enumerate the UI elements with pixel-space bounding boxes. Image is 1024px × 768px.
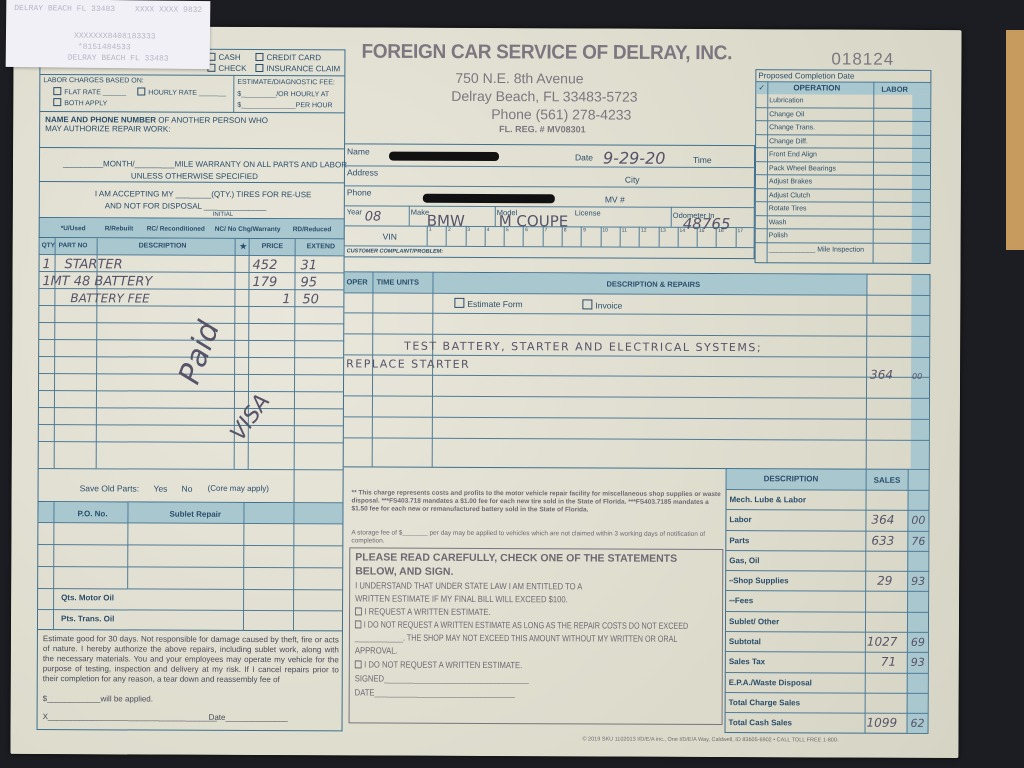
totals-label: Shop Supplies	[733, 576, 789, 585]
vin-cell[interactable]: 9	[581, 226, 600, 246]
operation-item[interactable]: Rotate Tires	[755, 202, 931, 216]
vin-cell[interactable]: 16	[716, 227, 735, 247]
operation-label: Adjust Brakes	[769, 178, 812, 185]
totals-row: Total Charge Sales	[725, 692, 929, 713]
company-reg: FL. REG. # MV08301	[499, 124, 586, 134]
labor-basis-title: LABOR CHARGES BASED ON:	[43, 77, 143, 84]
motor-oil-label: Qts. Motor Oil	[61, 593, 114, 602]
operation-item[interactable]: Change Diff.	[755, 135, 931, 149]
terms-text: Estimate good for 30 days. Not responsib…	[43, 634, 339, 685]
vin-cell[interactable]: 13	[658, 227, 677, 247]
envelope-edge	[1006, 30, 1024, 250]
date-label: Date	[575, 152, 593, 162]
company-phone: Phone (561) 278-4233	[491, 106, 631, 123]
consent-date-label: DATE	[355, 687, 375, 697]
license-label: License	[575, 208, 601, 217]
time-units-header: TIME UNITS	[376, 278, 419, 287]
repair-amount-dollars: 364	[870, 368, 893, 382]
repair-order-form: CASH CHECK CREDIT CARD INSURANCE CLAIM L…	[10, 26, 961, 758]
price-cents: 95	[300, 275, 317, 290]
description-value: MT 48 BATTERY	[50, 274, 152, 289]
checkbox-invoice[interactable]	[582, 299, 592, 309]
completion-date-label: Proposed Completion Date	[758, 71, 854, 80]
operation-label: Polish	[769, 232, 788, 239]
operations-list: Lubrication Change Oil Change Trans. Cha…	[755, 94, 932, 257]
totals-description-header: DESCRIPTION	[764, 474, 819, 483]
operation-label: Lubrication	[769, 97, 803, 104]
tires-text-b: (QTY.) TIRES FOR RE-USE	[211, 190, 311, 199]
label-check: CHECK	[218, 64, 246, 73]
slip-line: DELRAY BEACH FL 33483	[14, 52, 202, 65]
terms-date-label: Date	[209, 713, 226, 722]
core-note: (Core may apply)	[208, 484, 269, 493]
warranty-mile: MILE WARRANTY ON ALL PARTS AND LABOR	[175, 160, 347, 170]
totals-label: E.P.A./Waste Disposal	[729, 678, 812, 687]
totals-cents: 93	[911, 656, 925, 669]
initial-label: INITIAL	[213, 212, 233, 218]
date-value: 9-29-20	[603, 149, 666, 168]
description-value: BATTERY FEE	[70, 291, 149, 305]
description-repairs-header: DESCRIPTION & REPAIRS	[606, 280, 700, 289]
address-label: Address	[347, 167, 378, 177]
vin-cell[interactable]: 12	[639, 227, 658, 247]
legend-reduced: RD/Reduced	[293, 226, 332, 233]
operation-label: Change Trans.	[769, 124, 815, 131]
totals-row: Gas, Oil	[725, 550, 929, 571]
company-name: FOREIGN CAR SERVICE OF DELRAY, INC.	[361, 41, 732, 66]
complaint-label: CUSTOMER COMPLAINT/PROBLEM:	[347, 248, 443, 254]
city-label: City	[625, 175, 640, 185]
price-cents: 31	[301, 258, 318, 273]
checkbox-both-apply[interactable]	[53, 98, 61, 106]
vin-grid[interactable]: 1 2 3 4 5 6 7 8 9 10 11 12 13 14 15 16 1…	[427, 226, 755, 247]
totals-row: **Shop Supplies2993	[725, 570, 929, 591]
totals-label: Labor	[729, 515, 751, 524]
operation-item[interactable]: Adjust Brakes	[755, 175, 931, 189]
checkbox-credit-card[interactable]	[255, 53, 263, 61]
form-copyright: © 2019 SKU 1102013 I/D/E/A inc., One I/D…	[582, 736, 838, 743]
col-price: PRICE	[262, 243, 283, 250]
checkbox-no-estimate[interactable]	[355, 660, 362, 668]
totals-dollars: 633	[871, 533, 894, 547]
legend-rebuilt: R/Rebuilt	[105, 225, 134, 232]
tires-text: I AM ACCEPTING MY	[95, 189, 174, 198]
vin-cell[interactable]: 6	[523, 226, 542, 246]
dollar: $	[237, 102, 241, 109]
warranty-month: MONTH/	[103, 159, 135, 168]
col-extend: EXTEND	[307, 243, 335, 250]
label-credit-card: CREDIT CARD	[266, 53, 321, 62]
operation-item[interactable]: Change Trans.	[755, 121, 931, 135]
operation-item[interactable]: Wash	[755, 216, 931, 230]
price-dollars: 179	[252, 275, 277, 290]
vin-cell[interactable]: 1	[427, 226, 446, 246]
labor-header: LABOR	[881, 85, 908, 94]
oper-header: OPER	[346, 277, 367, 286]
po-no-header: P.O. No.	[77, 509, 107, 518]
legend-reconditioned: RC/ Reconditioned	[147, 226, 205, 233]
warranty-line2: UNLESS OTHERWISE SPECIFIED	[131, 171, 258, 181]
signed-label: SIGNED	[355, 673, 384, 683]
vin-cell[interactable]: 3	[465, 226, 484, 246]
checkbox-hourly-rate[interactable]	[137, 87, 145, 95]
operation-label: Rotate Tires	[769, 205, 807, 212]
totals-row: Subtotal102769	[725, 631, 929, 652]
vin-cell[interactable]: 10	[600, 226, 619, 246]
totals-label: Subtotal	[729, 637, 761, 646]
tires-line2: AND NOT FOR DISPOSAL	[105, 201, 202, 210]
redacted-name	[389, 152, 499, 161]
totals-label: Total Charge Sales	[729, 698, 800, 707]
card-receipt-slip: DELRAY BEACH FL 33483 XXXX XXXX 9832 XXX…	[6, 0, 211, 69]
totals-label: Gas, Oil	[729, 556, 759, 565]
phone-label: Phone	[347, 187, 372, 197]
totals-label: Parts	[729, 536, 749, 545]
vin-label: VIN	[383, 232, 397, 242]
estimate-fee-label: ESTIMATE/DIAGNOSTIC FEE:	[237, 79, 335, 86]
totals-dollars: 1027	[867, 635, 898, 649]
consent-title-2: BELOW, AND SIGN.	[355, 565, 453, 577]
operation-item[interactable]: Adjust Clutch	[755, 189, 931, 203]
col-part-no: PART NO	[59, 242, 88, 249]
checkbox-insurance[interactable]	[255, 64, 263, 72]
totals-cents: 76	[911, 534, 925, 547]
year-label: Year	[347, 207, 362, 216]
price-dollars: 452	[253, 258, 278, 273]
company-address2: Delray Beach, FL 33483-5723	[451, 88, 637, 105]
authorize-line2: MAY AUTHORIZE REPAIR WORK:	[45, 124, 170, 134]
option-no-estimate-limit-b: . THE SHOP MAY NOT EXCEED THIS AMOUNT WI…	[403, 633, 677, 644]
vin-cell[interactable]: 7	[542, 226, 561, 246]
totals-dollars: 364	[871, 513, 894, 527]
dollar: $	[43, 694, 47, 703]
repair-line-2: REPLACE STARTER	[346, 357, 470, 371]
checkbox-request-estimate[interactable]	[355, 607, 362, 615]
totals-row: Sales Tax7193	[725, 651, 929, 672]
invoice-label: Invoice	[595, 300, 622, 310]
operation-item[interactable]: Front End Align	[755, 148, 931, 162]
label-flat-rate: FLAT RATE	[64, 89, 101, 96]
totals-label: Mech. Lube & Labor	[730, 495, 806, 504]
totals-list: Mech. Lube & Labor Labor36400 Parts63376…	[725, 489, 930, 733]
checkbox-estimate-form[interactable]	[454, 298, 464, 308]
operation-label: Front End Align	[769, 151, 817, 158]
label-hourly-rate: HOURLY RATE	[148, 90, 197, 97]
fee-line: will be applied.	[100, 694, 153, 703]
company-address1: 750 N.E. 8th Avenue	[455, 70, 583, 87]
totals-dollars: 71	[881, 655, 896, 669]
totals-row: Total Cash Sales109962	[725, 712, 929, 733]
tires-box	[39, 182, 345, 219]
totals-dollars: 29	[877, 574, 892, 588]
totals-row: Parts63376	[725, 530, 929, 551]
mv-label: MV #	[605, 195, 625, 205]
vin-cell[interactable]: 15	[697, 227, 716, 247]
checkbox-no-estimate-limit[interactable]	[355, 620, 361, 628]
totals-row: Mech. Lube & Labor	[725, 489, 929, 510]
option-no-estimate-limit: I DO NOT REQUEST A WRITTEN ESTIMATE AS L…	[364, 619, 689, 630]
per-hour-label: PER HOUR	[296, 102, 333, 109]
operation-label: Pack Wheel Bearings	[769, 165, 836, 172]
check-header: ✓	[758, 83, 765, 92]
description-value: STARTER	[65, 257, 123, 272]
label-insurance: INSURANCE CLAIM	[266, 64, 340, 73]
qty-value: 1	[43, 257, 51, 272]
col-star: ★	[240, 242, 247, 251]
totals-sales-header: SALES	[874, 476, 901, 485]
label-both-apply: BOTH APPLY	[64, 100, 107, 107]
totals-label: Fees	[735, 597, 753, 606]
option-no-estimate: I DO NOT REQUEST A WRITTEN ESTIMATE.	[364, 659, 522, 670]
signature-x: X	[43, 712, 48, 721]
disclosure-note: ** This charge represents costs and prof…	[351, 489, 721, 515]
totals-cents: 62	[911, 717, 925, 730]
name-label: Name	[347, 146, 370, 156]
consent-title-1: PLEASE READ CAREFULLY, CHECK ONE OF THE …	[355, 551, 677, 564]
price-cents: 50	[302, 292, 319, 307]
storage-note: A storage fee of $_______ per day may be…	[351, 529, 721, 547]
vin-cell[interactable]: 8	[562, 226, 581, 246]
legend-used: *U/Used	[61, 225, 86, 232]
consent-understand-2: WRITTEN ESTIMATE IF MY FINAL BILL WILL E…	[355, 593, 568, 604]
price-dollars: 1	[282, 292, 290, 307]
operation-label: Adjust Clutch	[769, 192, 810, 199]
authorize-rest: OF ANOTHER PERSON WHO	[156, 116, 268, 125]
vin-cell[interactable]: 14	[677, 227, 696, 247]
totals-cents: 69	[911, 636, 925, 649]
totals-cents: 00	[911, 514, 925, 527]
totals-row: E.P.A./Waste Disposal	[725, 672, 929, 693]
operation-label: Change Diff.	[769, 138, 808, 145]
sublet-repair-header: Sublet Repair	[169, 510, 221, 519]
invoice-number: 018124	[831, 50, 894, 70]
estimate-form-label: Estimate Form	[467, 299, 522, 309]
operation-label: Change Oil	[769, 111, 804, 118]
label-cash: CASH	[218, 53, 240, 62]
totals-row: Sublet/ Other	[725, 611, 929, 632]
consent-understand-1: I UNDERSTAND THAT UNDER STATE LAW I AM E…	[355, 580, 582, 591]
operation-label: Wash	[769, 219, 787, 226]
save-parts-no[interactable]: No	[182, 484, 193, 494]
operation-item[interactable]: Change Oil	[755, 108, 931, 122]
totals-row: ***Fees	[725, 591, 929, 612]
operation-item[interactable]: ____________ Mile Inspection	[755, 243, 931, 258]
repair-line-1: TEST BATTERY, STARTER AND ELECTRICAL SYS…	[404, 340, 762, 355]
time-label: Time	[693, 155, 712, 165]
col-qty: QTY	[42, 242, 55, 249]
vin-cell[interactable]: 17	[735, 227, 754, 247]
checkbox-flat-rate[interactable]	[53, 87, 61, 95]
or-hourly-label: /OR HOURLY AT	[276, 91, 329, 98]
totals-label: Sales Tax	[729, 657, 765, 666]
operation-item[interactable]: Lubrication	[755, 94, 931, 108]
option-approval: APPROVAL.	[355, 645, 398, 655]
vin-cell[interactable]: 5	[504, 226, 523, 246]
operation-header: OPERATION	[793, 83, 840, 92]
vin-cell[interactable]: 2	[446, 226, 465, 246]
trans-oil-label: Pts. Trans. Oil	[61, 614, 114, 623]
dollar: $	[237, 91, 241, 98]
totals-dollars: 1099	[867, 716, 898, 730]
option-request-estimate: I REQUEST A WRITTEN ESTIMATE.	[364, 606, 490, 617]
totals-row: Labor36400	[725, 509, 929, 530]
operation-item[interactable]: Pack Wheel Bearings	[755, 162, 931, 176]
save-parts-yes[interactable]: Yes	[154, 484, 168, 494]
operation-item[interactable]: Polish	[755, 229, 931, 243]
year-value: 08	[365, 209, 382, 224]
authorize-bold: NAME AND PHONE NUMBER	[45, 115, 156, 124]
vin-cell[interactable]: 4	[485, 226, 504, 246]
redacted-phone	[423, 194, 555, 204]
save-old-parts-label: Save Old Parts:	[80, 483, 140, 493]
repair-amount-cents: 00	[912, 372, 922, 381]
totals-label: Total Cash Sales	[729, 718, 792, 727]
totals-cents: 93	[911, 575, 925, 588]
legend-no-charge: NC/ No Chg/Warranty	[215, 226, 281, 233]
col-description: DESCRIPTION	[139, 242, 187, 249]
totals-label: Sublet/ Other	[729, 617, 779, 626]
operation-label: Mile Inspection	[817, 246, 864, 253]
vin-cell[interactable]: 11	[620, 227, 639, 247]
